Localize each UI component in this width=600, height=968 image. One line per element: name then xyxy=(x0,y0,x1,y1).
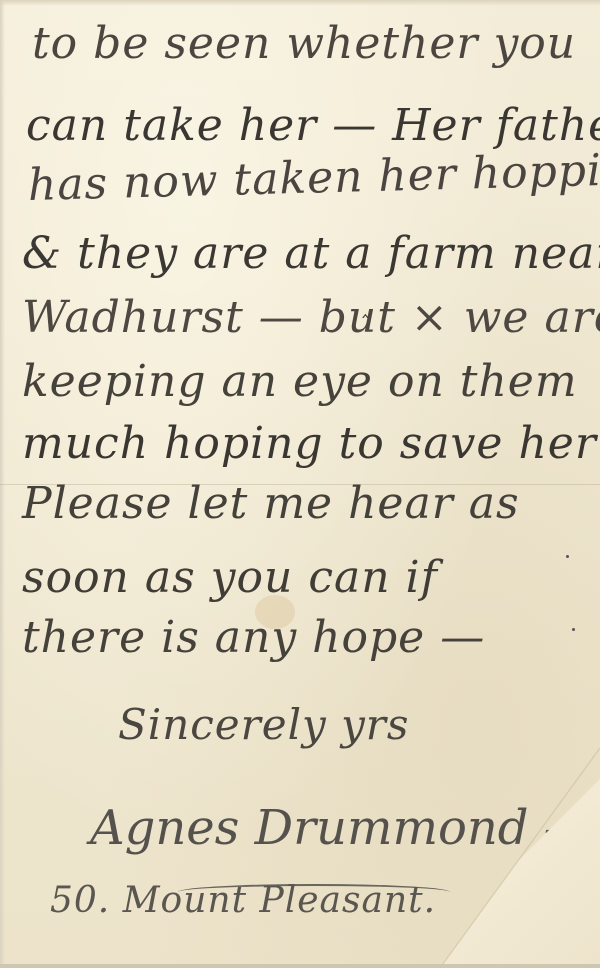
letter-line-7: much hoping to save her — xyxy=(22,418,600,469)
letter-line-10: there is any hope — xyxy=(22,612,485,663)
letter-page: to be seen whether you can take her — He… xyxy=(0,0,600,968)
corner-crease-line xyxy=(440,748,600,968)
ink-dot xyxy=(566,555,569,558)
letter-line-5: Wadhurst — but × we are xyxy=(22,292,600,343)
sender-address: 50. Mount Pleasant. xyxy=(50,880,436,921)
paper-bottom-edge xyxy=(0,964,600,968)
ink-dot xyxy=(572,628,575,631)
letter-line-9: soon as you can if xyxy=(22,552,438,603)
letter-line-2: can take her — Her father xyxy=(26,100,600,151)
letter-line-6: keeping an eye on them xyxy=(22,356,578,407)
letter-closing: Sincerely yrs xyxy=(118,700,409,749)
letter-line-1: to be seen whether you xyxy=(32,18,576,69)
letter-line-3: has now taken her hopping xyxy=(27,143,600,211)
insertion-caret-mark: ‸ xyxy=(362,294,369,318)
letter-line-8: Please let me hear as xyxy=(22,478,520,529)
letter-line-4: & they are at a farm near xyxy=(22,228,600,279)
paper-top-edge xyxy=(0,0,600,6)
